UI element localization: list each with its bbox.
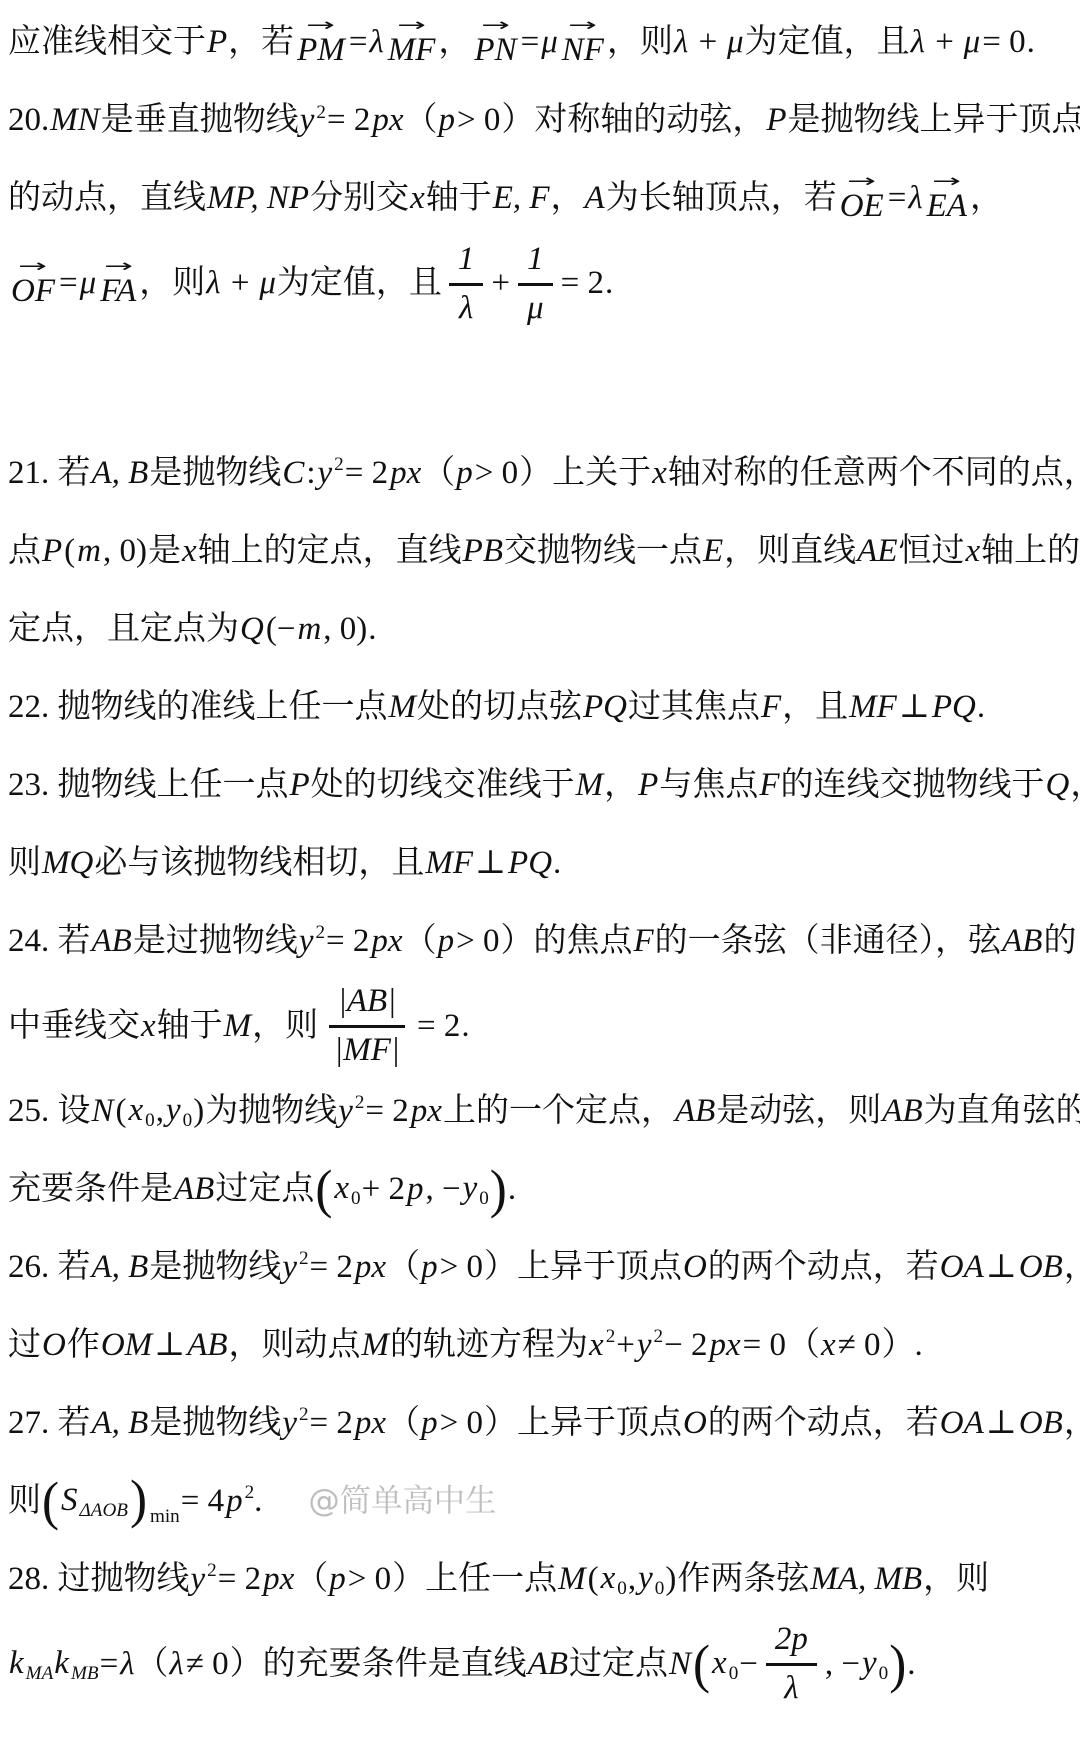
math-run: M (557, 1559, 587, 1600)
text-run: ，则 (607, 22, 673, 63)
math-run: = (58, 263, 79, 304)
math-run: = 0 (742, 1325, 787, 1366)
superscript-group: y2 (281, 1247, 308, 1288)
superscript: 2 (606, 1326, 616, 1347)
line-28-2: kMAkMB = λ（λ ≠ 0）的充要条件是直线 AB 过定点 N(x0 − … (0, 1618, 1080, 1710)
math-run: ( (115, 1091, 128, 1132)
math-run: ⊥ (474, 843, 507, 884)
math-run: A (584, 178, 606, 219)
math-run: A, B (91, 453, 150, 494)
math-run: OM (100, 1325, 153, 1366)
math-run: − 2 (663, 1325, 708, 1366)
math-run: MF (424, 843, 474, 884)
fraction-denominator: μ (518, 286, 553, 331)
subscript-group: x0 (600, 1558, 627, 1602)
fraction-denominator: λ (775, 1666, 807, 1711)
math-base: x (588, 1327, 605, 1363)
superscript: 2 (299, 1404, 309, 1425)
math-run: ⊥ (898, 687, 931, 728)
math-run: = (520, 22, 541, 63)
math-run: ( (587, 1559, 600, 1600)
vector-arrow-icon: → (397, 19, 426, 34)
math-run: ( (63, 531, 76, 572)
text-run: 为长轴顶点，若 (606, 178, 837, 219)
subscript-group: kMA (8, 1643, 53, 1687)
math-run: = (99, 1644, 120, 1685)
subscript: 0 (479, 1188, 489, 1209)
math-base: S (60, 1482, 79, 1518)
text-run: 28. 过抛物线 (8, 1559, 190, 1600)
math-run: = 2 (325, 921, 370, 962)
superscript-group: y2 (190, 1559, 217, 1600)
text-run: 是 (148, 531, 181, 572)
text-run: . (1027, 22, 1035, 63)
text-run: （ (404, 921, 437, 962)
text-run: ， (551, 178, 584, 219)
vector-NF: →NF (562, 19, 604, 67)
text-run: 分别交 (310, 178, 409, 219)
math-run: PQ (507, 843, 553, 884)
math-run: p (438, 100, 457, 141)
math-run: > 0 (456, 100, 501, 141)
math-run: λ (368, 22, 384, 63)
vector-PN: →PN (474, 19, 516, 67)
text-run: 为抛物线 (205, 1091, 337, 1132)
superscript-group: y2 (299, 100, 326, 141)
superscript: 2 (654, 1326, 664, 1347)
math-base: y (190, 1561, 207, 1597)
math-run: λ (907, 178, 923, 219)
text-run: 轴上的 (981, 531, 1080, 572)
math-run: m (76, 531, 102, 572)
line-19-continuation: 应准线相交于P，若→PM = λ→MF， →PN = μ→NF，则λ + μ 为… (0, 4, 1080, 82)
math-run: px (354, 1403, 387, 1444)
superscript: 2 (334, 454, 344, 475)
math-run: O (41, 1325, 67, 1366)
math-run: μ (540, 22, 559, 63)
math-run: AB (527, 1644, 569, 1685)
math-run: , 0) (322, 609, 368, 650)
text-run: . (368, 609, 376, 650)
text-run: （ (135, 1644, 168, 1685)
math-run: = 2 (309, 1403, 354, 1444)
superscript-group: x2 (588, 1325, 615, 1366)
vector-base: EA (927, 190, 967, 223)
text-run: . (508, 1169, 516, 1210)
text-run: 恒过 (899, 531, 965, 572)
math-run: λ (119, 1644, 135, 1685)
subscript-group: SΔAOB (60, 1480, 128, 1524)
math-run: > 0 (439, 1247, 484, 1288)
math-run: = 2 (326, 100, 371, 141)
math-run: AE (856, 531, 898, 572)
math-run: MP, NP (206, 178, 310, 219)
text-run: . (605, 263, 613, 304)
vector-OF: →OF (11, 260, 55, 308)
big-paren: ( (693, 1638, 710, 1692)
text-run: 的连线交抛物线于 (781, 765, 1045, 806)
text-run: 则 (8, 1481, 41, 1522)
line-23-1: 23. 抛物线上任一点 P 处的切线交准线于 M， P 与焦点 F 的连线交抛物… (0, 746, 1080, 824)
text-run: ， (970, 178, 1003, 219)
text-run: ， (438, 22, 471, 63)
math-run: OB (1018, 1247, 1064, 1288)
math-run: > 0 (347, 1559, 392, 1600)
document-page: 应准线相交于P，若→PM = λ→MF， →PN = μ→NF，则λ + μ 为… (0, 0, 1080, 1761)
math-run: + 2 (361, 1169, 406, 1210)
math-run: P (637, 765, 659, 806)
math-base: x (128, 1092, 145, 1128)
math-run: A, B (91, 1247, 150, 1288)
math-run: px (708, 1325, 741, 1366)
math-run: > 0 (474, 453, 519, 494)
math-run: C (281, 453, 305, 494)
math-run: x (140, 1006, 157, 1047)
math-base: y (637, 1560, 654, 1596)
math-run: λ + μ (205, 263, 277, 304)
math-run: ) (192, 1091, 205, 1132)
math-run: AB (674, 1091, 716, 1132)
text-run: 为直角弦的 (924, 1091, 1080, 1132)
math-run: px (354, 1247, 387, 1288)
text-run: ，则 (139, 263, 205, 304)
text-run: 为定值，且 (277, 263, 442, 304)
text-run: ， (1064, 1247, 1080, 1288)
math-run: px (389, 453, 422, 494)
math-run: ⊥ (985, 1247, 1018, 1288)
text-run: 为定值，且 (745, 22, 910, 63)
vector-arrow-icon: → (847, 175, 876, 190)
text-run: ）. (882, 1325, 923, 1366)
big-paren: ) (889, 1638, 906, 1692)
text-run: 的一条弦（非通径），弦 (655, 921, 1002, 962)
superscript: 2 (316, 102, 326, 123)
watermark: @简单高中生 (308, 1482, 496, 1521)
math-run: M (223, 1006, 253, 1047)
math-run: E, F (492, 178, 551, 219)
math-run: + (490, 263, 511, 304)
vector-FA: →FA (100, 260, 136, 308)
math-run: , 0) (102, 531, 148, 572)
superscript-group: y2 (636, 1325, 663, 1366)
text-run: 轴上的定点，直线 (198, 531, 462, 572)
text-run: ， (1064, 1403, 1080, 1444)
subscript: 0 (617, 1578, 627, 1599)
subscript-group: y0 (165, 1090, 192, 1134)
text-run: ）上关于 (519, 453, 651, 494)
math-run: MN (49, 100, 101, 141)
text-run: 处的切点弦 (417, 687, 582, 728)
text-run: . (977, 687, 985, 728)
vector-base: PN (474, 34, 516, 67)
big-paren: ( (42, 1475, 59, 1529)
math-run: , − (424, 1169, 461, 1210)
text-run: . (553, 843, 561, 884)
math-run: F (760, 687, 782, 728)
math-run: = 2 (364, 1091, 409, 1132)
line-20-3: →OF = μ→FA，则 λ + μ 为定值，且1λ+1μ = 2. (0, 238, 1080, 330)
text-run: 过定点 (215, 1169, 314, 1210)
math-base: y (317, 455, 334, 491)
superscript-group: y2 (317, 453, 344, 494)
text-run: 过 (8, 1325, 41, 1366)
math-run: = 4 (180, 1481, 225, 1522)
math-run: = 2 (560, 263, 605, 304)
text-run: 充要条件是 (8, 1169, 173, 1210)
text-run: ，则直线 (724, 531, 856, 572)
text-run: 过其焦点 (628, 687, 760, 728)
text-run: ，则动点 (229, 1325, 361, 1366)
math-run: ) (664, 1559, 677, 1600)
math-run: px (370, 921, 403, 962)
subscript: 0 (655, 1578, 665, 1599)
text-run: 过定点 (569, 1644, 668, 1685)
text-run: 是过抛物线 (133, 921, 298, 962)
text-run: 24. 若 (8, 921, 91, 962)
superscript: 2 (355, 1092, 365, 1113)
text-run: 是抛物线 (149, 1403, 281, 1444)
text-run: ）上异于顶点 (484, 1247, 682, 1288)
subscript: MB (71, 1663, 99, 1684)
math-run: M (388, 687, 418, 728)
math-base: x (711, 1645, 728, 1681)
fraction-denominator: λ (450, 286, 482, 331)
math-run: N (91, 1091, 115, 1132)
subscript: ΔAOB (80, 1500, 128, 1521)
math-run: F (758, 765, 780, 806)
math-run: + (615, 1325, 636, 1366)
text-run: 应准线相交于 (8, 22, 206, 63)
math-base: y (298, 923, 315, 959)
math-run: P (289, 765, 311, 806)
math-run: m (296, 609, 322, 650)
math-run: = 2 (309, 1247, 354, 1288)
text-run: . (907, 1644, 915, 1685)
superscript-group: y2 (337, 1091, 364, 1132)
math-run: OA (939, 1247, 985, 1288)
math-run: λ + μ (910, 22, 982, 63)
vector-PM: →PM (297, 19, 345, 67)
math-run: > 0 (439, 1403, 484, 1444)
superscript: 2 (299, 1248, 309, 1269)
math-run: = (348, 22, 369, 63)
math-base: p (225, 1483, 244, 1519)
math-run: P (41, 531, 63, 572)
math-run: AB (173, 1169, 215, 1210)
math-run: AB (91, 921, 133, 962)
math-base: y (462, 1170, 479, 1206)
fraction-numerator: 1 (449, 238, 484, 286)
line-21-1: 21. 若 A, B 是抛物线 C : y2 = 2px（ p > 0）上关于 … (0, 434, 1080, 512)
math-run: O (682, 1403, 708, 1444)
math-run: MF (848, 687, 898, 728)
math-run: x (181, 531, 198, 572)
math-run: PQ (931, 687, 977, 728)
text-run: 上的一个定点， (443, 1091, 674, 1132)
big-paren: ( (315, 1163, 332, 1217)
text-run: 的 (1043, 921, 1076, 962)
text-run: ）对称轴的动弦， (501, 100, 765, 141)
math-run: = 2 (344, 453, 389, 494)
text-run: （ (422, 453, 455, 494)
text-run: 是抛物线 (149, 453, 281, 494)
text-run: 的两个动点，若 (708, 1247, 939, 1288)
math-base: x (333, 1170, 350, 1206)
text-run: ，则 (252, 1006, 318, 1047)
math-run: M (575, 765, 605, 806)
vector-arrow-icon: → (307, 19, 336, 34)
line-24-2: 中垂线交 x 轴于 M，则 |AB||MF| = 2. (0, 980, 1080, 1072)
math-run: = 0 (981, 22, 1026, 63)
line-22: 22. 抛物线的准线上任一点 M 处的切点弦 PQ 过其焦点 F，且 MF ⊥ … (0, 668, 1080, 746)
fraction-denominator: |MF| (325, 1028, 409, 1073)
math-base: y (281, 1249, 298, 1285)
text-run: 中垂线交 (8, 1006, 140, 1047)
math-run: p (420, 1247, 439, 1288)
text-run: 22. 抛物线的准线上任一点 (8, 687, 388, 728)
math-run: px (371, 100, 404, 141)
math-base: y (281, 1405, 298, 1441)
line-26-2: 过 O 作 OM ⊥ AB，则动点 M 的轨迹方程为 x2 + y2 − 2px… (0, 1306, 1080, 1384)
text-run: 轴于 (157, 1006, 223, 1047)
math-base: y (636, 1327, 653, 1363)
text-run: ，则 (923, 1559, 989, 1600)
line-26-1: 26. 若 A, B 是抛物线 y2 = 2px（ p > 0）上异于顶点 O … (0, 1228, 1080, 1306)
math-run: x (820, 1325, 837, 1366)
subscript: 0 (729, 1663, 739, 1684)
text-run: （ (787, 1325, 820, 1366)
math-run: PQ (582, 687, 628, 728)
math-base: k (8, 1645, 25, 1681)
subscript: MA (26, 1663, 54, 1684)
text-run: ， (1070, 765, 1080, 806)
math-run: , − (824, 1644, 861, 1685)
math-run: μ (79, 263, 98, 304)
math-run: ⊥ (153, 1325, 186, 1366)
math-run: MA, MB (809, 1559, 923, 1600)
math-run: Q (239, 609, 265, 650)
line-27-1: 27. 若 A, B 是抛物线 y2 = 2px（ p > 0）上异于顶点 O … (0, 1384, 1080, 1462)
math-base: ) (129, 1472, 148, 1526)
math-base: y (299, 102, 316, 138)
line-27-2: 则(SΔAOB)min = 4p2. @简单高中生 (0, 1462, 1080, 1540)
text-run: 是动弦，则 (716, 1091, 881, 1132)
text-run: 必与该抛物线相切，且 (94, 843, 424, 884)
text-run: 是抛物线上异于顶点 (788, 100, 1080, 141)
text-run: 的轨迹方程为 (390, 1325, 588, 1366)
math-base: k (53, 1645, 70, 1681)
superscript-group: y2 (298, 921, 325, 962)
math-base: y (337, 1093, 354, 1129)
math-run: ⊥ (985, 1403, 1018, 1444)
subscript-group: x0 (333, 1168, 360, 1212)
math-run: (− (265, 609, 297, 650)
fraction-numerator: 2p (766, 1618, 817, 1666)
math-run: A, B (91, 1403, 150, 1444)
math-run: p (437, 921, 456, 962)
subscript-group: y0 (861, 1643, 888, 1687)
math-run: AB (186, 1325, 228, 1366)
math-run: P (765, 100, 787, 141)
fraction: 2pλ (766, 1618, 817, 1710)
math-base: y (165, 1092, 182, 1128)
text-run: 是垂直抛物线 (101, 100, 299, 141)
math-run: λ + μ (673, 22, 745, 63)
vector-EA: →EA (927, 175, 967, 223)
fraction: 1μ (518, 238, 553, 330)
math-run: p (406, 1169, 425, 1210)
subscript-group: x0 (128, 1090, 155, 1134)
text-run: （ (387, 1247, 420, 1288)
text-run: 21. 若 (8, 453, 91, 494)
text-run: 则 (8, 843, 41, 884)
math-run: ≠ 0 (837, 1325, 882, 1366)
math-base: y (861, 1645, 878, 1681)
math-run: N (668, 1644, 692, 1685)
vector-arrow-icon: → (481, 19, 510, 34)
text-run: 定点，且定点为 (8, 609, 239, 650)
line-21-3: 定点，且定点为 Q(−m, 0). (0, 590, 1080, 668)
vector-base: MF (388, 34, 436, 67)
text-run: 的动点，直线 (8, 178, 206, 219)
text-run: 26. 若 (8, 1247, 91, 1288)
fraction-numerator: |AB| (329, 980, 405, 1028)
math-run: M (361, 1325, 391, 1366)
vector-base: NF (562, 34, 604, 67)
text-run: 作 (67, 1325, 100, 1366)
document-content: 应准线相交于P，若→PM = λ→MF， →PN = μ→NF，则λ + μ 为… (0, 4, 1080, 1711)
text-run: 20. (8, 100, 49, 141)
math-run: px (410, 1091, 443, 1132)
line-20-1: 20. MN 是垂直抛物线 y2 = 2px（p > 0）对称轴的动弦，P 是抛… (0, 82, 1080, 160)
math-run: P (206, 22, 228, 63)
subscript: 0 (183, 1110, 193, 1131)
subscript: min (150, 1506, 180, 1527)
text-run: ）的充要条件是直线 (230, 1644, 527, 1685)
math-run: x (409, 178, 426, 219)
line-23-2: 则 MQ 必与该抛物线相切，且 MF ⊥ PQ. (0, 824, 1080, 902)
subscript-group: y0 (637, 1558, 664, 1602)
fraction: 1λ (449, 238, 484, 330)
subscript: 0 (145, 1110, 155, 1131)
math-run: = 2 (217, 1559, 262, 1600)
text-run: ，且 (782, 687, 848, 728)
math-run: px (262, 1559, 295, 1600)
text-run: 25. 设 (8, 1091, 91, 1132)
text-run: ）的焦点 (500, 921, 632, 962)
vector-arrow-icon: → (19, 260, 48, 275)
subscript-group: kMB (53, 1643, 98, 1687)
vector-base: OF (11, 275, 55, 308)
vector-arrow-icon: → (568, 19, 597, 34)
math-run: OA (939, 1403, 985, 1444)
subscript-group: x0 (711, 1643, 738, 1687)
text-run: 27. 若 (8, 1403, 91, 1444)
text-run: 与焦点 (659, 765, 758, 806)
math-run: AB (1001, 921, 1043, 962)
text-run: . (254, 1481, 262, 1522)
math-run: − (738, 1644, 759, 1685)
superscript: 2 (315, 922, 325, 943)
superscript: 2 (245, 1482, 255, 1503)
text-run: 点 (8, 531, 41, 572)
line-21-2: 点 P(m, 0) 是 x 轴上的定点，直线 PB 交抛物线一点 E，则直线 A… (0, 512, 1080, 590)
math-run: > 0 (455, 921, 500, 962)
math-run: O (682, 1247, 708, 1288)
text-run: 处的切线交准线于 (311, 765, 575, 806)
subscript: 0 (879, 1663, 889, 1684)
math-run: PB (462, 531, 504, 572)
